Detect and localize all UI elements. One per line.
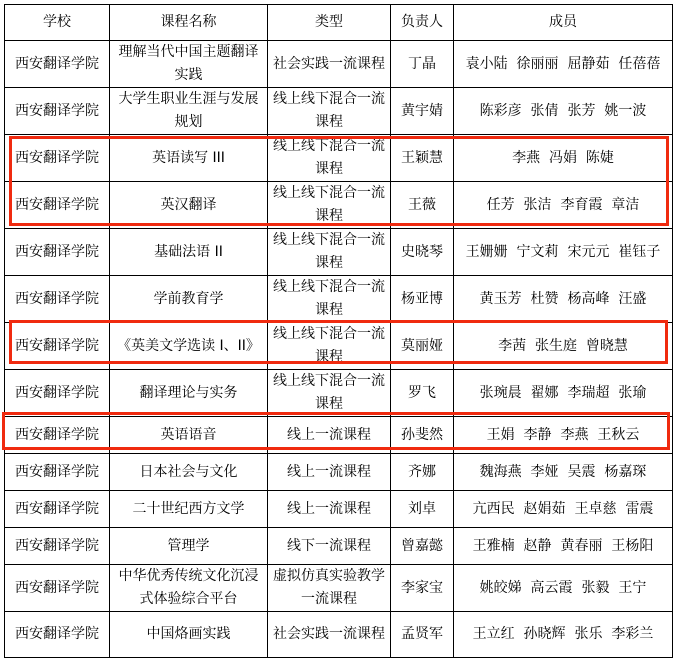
cell-members: 张琬晨 翟娜 李瑞超 张瑜 (454, 370, 673, 417)
cell-lead: 王颖慧 (391, 135, 454, 182)
cell-course: 大学生职业生涯与发展规划 (110, 88, 268, 135)
cell-school: 西安翻译学院 (5, 528, 110, 565)
cell-lead: 孙斐然 (391, 417, 454, 454)
cell-course: 英语读写 III (110, 135, 268, 182)
cell-course: 中华优秀传统文化沉浸式体验综合平台 (110, 565, 268, 612)
table-row: 西安翻译学院 学前教育学 线上线下混合一流课程 杨亚博 黄玉芳 杜赞 杨高峰 汪… (5, 276, 673, 323)
cell-school: 西安翻译学院 (5, 417, 110, 454)
cell-type: 线上一流课程 (268, 454, 391, 491)
table-row: 西安翻译学院 日本社会与文化 线上一流课程 齐娜 魏海燕 李娅 吴震 杨嘉琛 (5, 454, 673, 491)
cell-course: 日本社会与文化 (110, 454, 268, 491)
header-members: 成员 (454, 5, 673, 41)
table-header-row: 学校 课程名称 类型 负责人 成员 (5, 5, 673, 41)
table-row: 西安翻译学院 英汉翻译 线上线下混合一流课程 王薇 任芳 张洁 李育霞 章洁 (5, 182, 673, 229)
table-row: 西安翻译学院 大学生职业生涯与发展规划 线上线下混合一流课程 黄宇婧 陈彩彦 张… (5, 88, 673, 135)
cell-members: 亢西民 赵娟茹 王卓慈 雷震 (454, 491, 673, 528)
cell-lead: 齐娜 (391, 454, 454, 491)
cell-lead: 史晓琴 (391, 229, 454, 276)
cell-lead: 王薇 (391, 182, 454, 229)
cell-school: 西安翻译学院 (5, 454, 110, 491)
cell-members: 黄玉芳 杜赞 杨高峰 汪盛 (454, 276, 673, 323)
cell-type: 线上线下混合一流课程 (268, 229, 391, 276)
cell-school: 西安翻译学院 (5, 491, 110, 528)
cell-type: 社会实践一流课程 (268, 612, 391, 658)
cell-type: 线上线下混合一流课程 (268, 370, 391, 417)
cell-course: 英语语音 (110, 417, 268, 454)
cell-school: 西安翻译学院 (5, 565, 110, 612)
cell-type: 线上线下混合一流课程 (268, 323, 391, 370)
cell-members: 李茜 张生庭 曾晓慧 (454, 323, 673, 370)
cell-members: 王雅楠 赵静 黄春丽 王杨阳 (454, 528, 673, 565)
cell-type: 线下一流课程 (268, 528, 391, 565)
table-row: 西安翻译学院 管理学 线下一流课程 曾嘉懿 王雅楠 赵静 黄春丽 王杨阳 (5, 528, 673, 565)
cell-course: 英汉翻译 (110, 182, 268, 229)
cell-school: 西安翻译学院 (5, 182, 110, 229)
cell-school: 西安翻译学院 (5, 323, 110, 370)
table-row: 西安翻译学院 二十世纪西方文学 线上一流课程 刘卓 亢西民 赵娟茹 王卓慈 雷震 (5, 491, 673, 528)
cell-lead: 李家宝 (391, 565, 454, 612)
cell-members: 任芳 张洁 李育霞 章洁 (454, 182, 673, 229)
cell-course: 管理学 (110, 528, 268, 565)
cell-type: 虚拟仿真实验教学一流课程 (268, 565, 391, 612)
cell-course: 二十世纪西方文学 (110, 491, 268, 528)
cell-members: 魏海燕 李娅 吴震 杨嘉琛 (454, 454, 673, 491)
course-table: 学校 课程名称 类型 负责人 成员 西安翻译学院 理解当代中国主题翻译实践 社会… (4, 4, 673, 658)
cell-lead: 罗飞 (391, 370, 454, 417)
header-type: 类型 (268, 5, 391, 41)
header-school: 学校 (5, 5, 110, 41)
cell-course: 中国烙画实践 (110, 612, 268, 658)
cell-course: 《英美文学选读 I、II》 (110, 323, 268, 370)
cell-members: 姚皎娣 高云霞 张毅 王宁 (454, 565, 673, 612)
header-course-name: 课程名称 (110, 5, 268, 41)
cell-course: 翻译理论与实务 (110, 370, 268, 417)
cell-school: 西安翻译学院 (5, 135, 110, 182)
cell-type: 线上一流课程 (268, 491, 391, 528)
cell-members: 王娟 李静 李燕 王秋云 (454, 417, 673, 454)
cell-type: 线上线下混合一流课程 (268, 276, 391, 323)
cell-members: 王姗姗 宁文莉 宋元元 崔钰子 (454, 229, 673, 276)
cell-course: 基础法语 II (110, 229, 268, 276)
cell-school: 西安翻译学院 (5, 88, 110, 135)
cell-school: 西安翻译学院 (5, 229, 110, 276)
cell-lead: 杨亚博 (391, 276, 454, 323)
table-row: 西安翻译学院 《英美文学选读 I、II》 线上线下混合一流课程 莫丽娅 李茜 张… (5, 323, 673, 370)
table-row: 西安翻译学院 理解当代中国主题翻译实践 社会实践一流课程 丁晶 袁小陆 徐丽丽 … (5, 41, 673, 88)
cell-lead: 丁晶 (391, 41, 454, 88)
cell-lead: 刘卓 (391, 491, 454, 528)
cell-lead: 黄宇婧 (391, 88, 454, 135)
table-row: 西安翻译学院 英语语音 线上一流课程 孙斐然 王娟 李静 李燕 王秋云 (5, 417, 673, 454)
cell-school: 西安翻译学院 (5, 276, 110, 323)
cell-lead: 曾嘉懿 (391, 528, 454, 565)
cell-lead: 孟贤军 (391, 612, 454, 658)
cell-members: 陈彩彦 张倩 张芳 姚一波 (454, 88, 673, 135)
cell-school: 西安翻译学院 (5, 612, 110, 658)
table-row: 西安翻译学院 英语读写 III 线上线下混合一流课程 王颖慧 李燕 冯娟 陈婕 (5, 135, 673, 182)
cell-school: 西安翻译学院 (5, 41, 110, 88)
header-lead: 负责人 (391, 5, 454, 41)
table-row: 西安翻译学院 中国烙画实践 社会实践一流课程 孟贤军 王立红 孙晓辉 张乐 李彩… (5, 612, 673, 658)
cell-type: 线上线下混合一流课程 (268, 135, 391, 182)
cell-lead: 莫丽娅 (391, 323, 454, 370)
cell-members: 李燕 冯娟 陈婕 (454, 135, 673, 182)
cell-type: 线上线下混合一流课程 (268, 182, 391, 229)
cell-type: 线上线下混合一流课程 (268, 88, 391, 135)
cell-course: 理解当代中国主题翻译实践 (110, 41, 268, 88)
cell-members: 王立红 孙晓辉 张乐 李彩兰 (454, 612, 673, 658)
cell-type: 社会实践一流课程 (268, 41, 391, 88)
table-row: 西安翻译学院 翻译理论与实务 线上线下混合一流课程 罗飞 张琬晨 翟娜 李瑞超 … (5, 370, 673, 417)
table-row: 西安翻译学院 基础法语 II 线上线下混合一流课程 史晓琴 王姗姗 宁文莉 宋元… (5, 229, 673, 276)
cell-members: 袁小陆 徐丽丽 屈静茹 任蓓蓓 (454, 41, 673, 88)
cell-school: 西安翻译学院 (5, 370, 110, 417)
cell-type: 线上一流课程 (268, 417, 391, 454)
cell-course: 学前教育学 (110, 276, 268, 323)
table-row: 西安翻译学院 中华优秀传统文化沉浸式体验综合平台 虚拟仿真实验教学一流课程 李家… (5, 565, 673, 612)
